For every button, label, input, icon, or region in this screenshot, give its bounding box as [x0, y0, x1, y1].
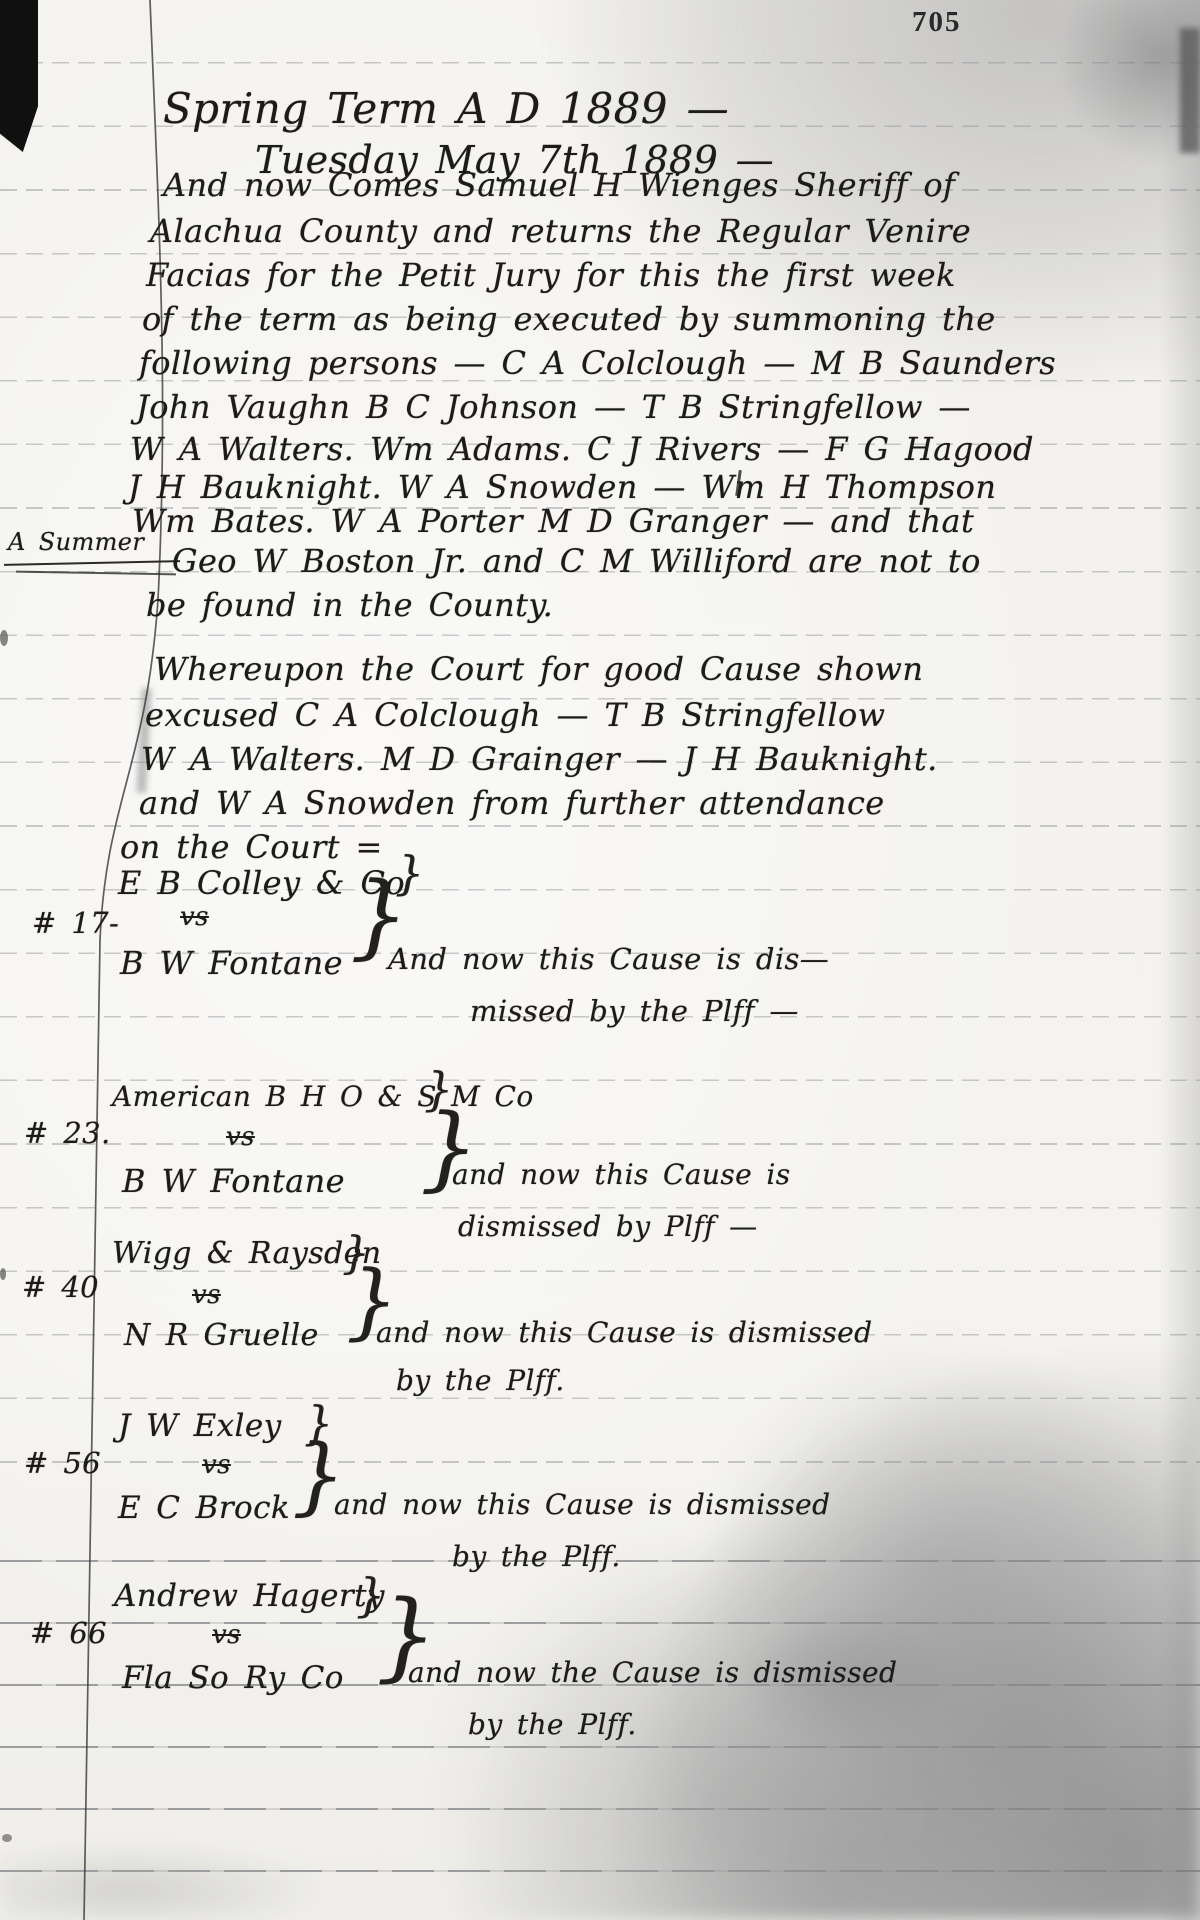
case-number: # 56 [24, 1446, 101, 1480]
edge-speck [0, 1268, 6, 1280]
case-versus-mark: vs [212, 1620, 241, 1650]
case-ruling-line: missed by the Plff — [470, 994, 799, 1028]
venire-line: And now Comes Samuel H Wienges Sheriff o… [163, 166, 955, 204]
case-versus-mark: vs [202, 1450, 231, 1480]
case-ruling-line: and now this Cause is [452, 1158, 791, 1191]
page-number: 705 [912, 6, 962, 39]
case-ruling-line: by the Plff. [452, 1540, 621, 1573]
case-ruling-line: and now the Cause is dismissed [408, 1656, 897, 1689]
excusal-line: Whereupon the Court for good Cause shown [154, 650, 923, 688]
venire-line: Facias for the Petit Jury for this the f… [146, 256, 956, 294]
case-versus-mark: vs [192, 1280, 221, 1310]
excusal-line: W A Walters. M D Grainger — J H Bauknigh… [141, 740, 938, 778]
case-ruling-line: by the Plff. [468, 1708, 637, 1741]
case-defendant: N R Gruelle [124, 1318, 319, 1353]
venire-line: J H Bauknight. W A Snowden — Wm H Thomps… [128, 468, 996, 506]
case-number: # 23. [24, 1116, 111, 1150]
case-versus-mark: vs [226, 1122, 255, 1152]
heading-term-line: Spring Term A D 1889 — [163, 84, 729, 133]
document-scan: 705 A Summer Spring Term A D 1889 — Tues… [0, 0, 1200, 1920]
venire-line: Alachua County and returns the Regular V… [150, 212, 971, 250]
case-defendant: B W Fontane [120, 944, 343, 982]
case-defendant: B W Fontane [122, 1162, 345, 1200]
venire-line: W A Walters. Wm Adams. C J Rivers — F G … [130, 430, 1034, 468]
venire-line: following persons — C A Colclough — M B … [139, 344, 1056, 382]
case-plaintiff: J W Exley [118, 1408, 281, 1444]
venire-line: John Vaughn B C Johnson — T B Stringfell… [136, 388, 971, 426]
case-ruling-line: And now this Cause is dis— [388, 942, 829, 976]
excusal-line: on the Court = [120, 828, 383, 866]
case-defendant: Fla So Ry Co [122, 1660, 344, 1696]
case-ruling-line: dismissed by Plff — [458, 1210, 758, 1243]
case-defendant: E C Brock [118, 1490, 290, 1526]
venire-line: of the term as being executed by summoni… [142, 300, 996, 338]
case-plaintiff: Andrew Hagerty [114, 1578, 385, 1614]
edge-speck [0, 630, 8, 646]
edge-speck [2, 1834, 12, 1842]
case-number: # 66 [30, 1616, 107, 1650]
case-ruling-line: by the Plff. [396, 1364, 565, 1397]
case-versus-mark: vs [180, 902, 209, 932]
excusal-line: and W A Snowden from further attendance [139, 784, 885, 822]
venire-line: be found in the County. [146, 586, 553, 624]
case-number: # 17- [32, 906, 119, 940]
case-number: # 40 [22, 1270, 99, 1304]
venire-line: Geo W Boston Jr. and C M Williford are n… [172, 542, 981, 580]
case-ruling-line: and now this Cause is dismissed [376, 1316, 872, 1349]
venire-line: Wm Bates. W A Porter M D Granger — and t… [132, 502, 974, 540]
excusal-line: excused C A Colclough — T B Stringfellow [145, 696, 885, 734]
case-ruling-line: and now this Cause is dismissed [334, 1488, 830, 1521]
margin-note: A Summer [8, 528, 144, 556]
